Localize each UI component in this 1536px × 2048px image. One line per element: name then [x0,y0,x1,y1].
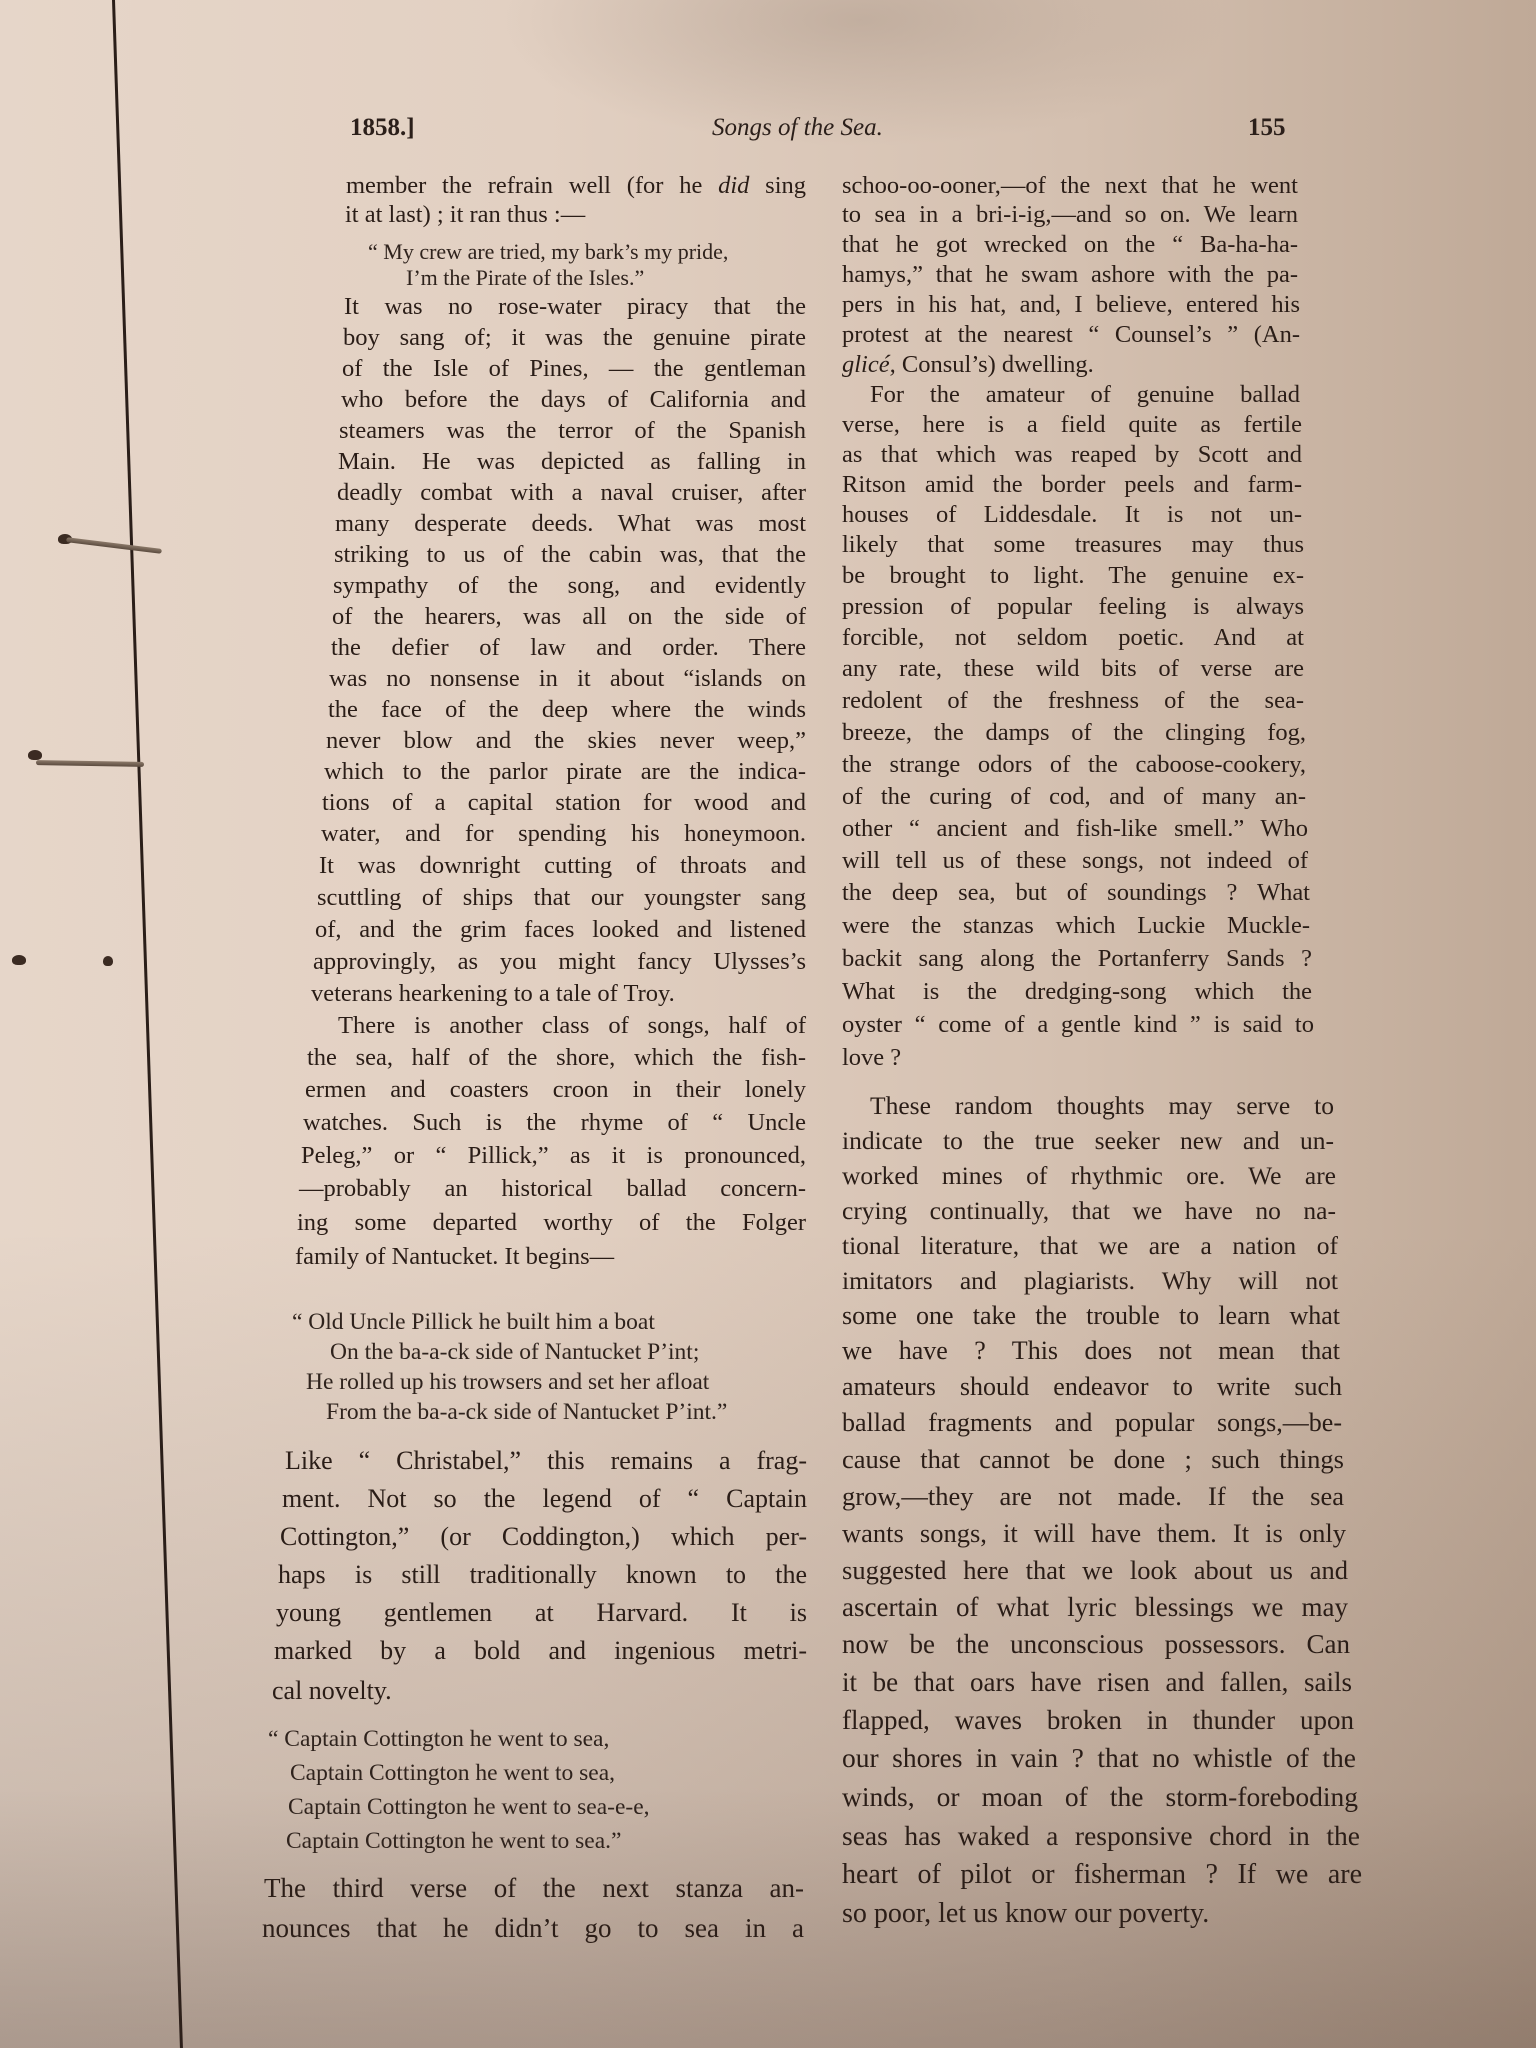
text-line: the face of the deep where the winds [328,695,806,725]
text-line: It was no rose-water piracy that the [344,292,806,322]
page-number: 155 [1248,114,1286,142]
text-line: who before the days of California and [341,385,806,415]
text-line: backit sang along the Portanferry Sands … [842,944,1312,974]
verse-line: “ My crew are tried, my bark’s my pride, [368,238,728,266]
text-line: other “ ancient and fish-like smell.” Wh… [842,814,1308,844]
text-line: indicate to the true seeker new and un- [842,1126,1334,1156]
text-line: tional literature, that we are a nation … [842,1231,1338,1261]
verse-line: He rolled up his trowsers and set her af… [306,1368,709,1396]
running-head-title: Songs of the Sea. [712,114,883,142]
text-line: veterans hearkening to a tale of Troy. [311,979,806,1009]
text-line: schoo-oo-ooner,—of the next that he went [842,171,1298,201]
text-line: breeze, the damps of the clinging fog, [842,718,1306,748]
text-line: now be the unconscious possessors. Can [842,1629,1350,1659]
text-line: wants songs, it will have them. It is on… [842,1518,1346,1548]
text-line: grow,—they are not made. If the sea [842,1481,1344,1511]
text-line: Peleg,” or “ Pillick,” as it is pronounc… [301,1141,806,1171]
verse-line: From the ba-a-ck side of Nantucket P’int… [326,1398,727,1426]
text-line: Cottington,” (or Coddington,) which per- [280,1522,807,1552]
text-line: cal novelty. [272,1676,807,1706]
text-line: winds, or moan of the storm-foreboding [842,1782,1358,1812]
text-line: love ? [842,1043,1314,1073]
emphasis-anglice: glicé, [842,351,896,378]
text-line: redolent of the freshness of the sea- [842,686,1304,716]
text-line: be brought to light. The genuine ex- [842,561,1304,591]
text-line: crying continually, that we have no na- [842,1196,1336,1226]
verse-line: Captain Cottington he went to sea-e-e, [288,1793,650,1821]
text-line: the strange odors of the caboose-cookery… [842,750,1306,780]
text-line: many desperate deeds. What was most [335,509,806,539]
text-line: we have ? This does not mean that [842,1336,1340,1366]
text-line: marked by a bold and ingenious metri- [274,1636,807,1666]
text-line: to sea in a bri-i-ig,—and so on. We lear… [842,200,1298,230]
text-line: verse, here is a field quite as fertile [842,410,1302,440]
text-line: ing some departed worthy of the Folger [297,1208,806,1238]
text-line: nounces that he didn’t go to sea in a [262,1913,804,1943]
text-line: ermen and coasters croon in their lonely [305,1075,806,1105]
text-line: For the amateur of genuine ballad [870,380,1300,410]
text-line: scuttling of ships that our youngster sa… [317,883,806,913]
text-line: the sea, half of the shore, which the fi… [307,1043,806,1073]
text-line: ment. Not so the legend of “ Captain [282,1484,807,1514]
text-line: water, and for spending his honeymoon. [321,819,806,849]
verse-line: I’m the Pirate of the Isles.” [406,264,644,292]
emphasis-did: did [718,172,749,199]
binding-hole-icon [28,750,42,760]
text-line: amateurs should endeavor to write such [842,1372,1342,1402]
text-line: our shores in vain ? that no whistle of … [842,1743,1356,1773]
text-line: boy sang of; it was the genuine pirate [343,323,806,353]
text-line: haps is still traditionally known to the [278,1560,807,1590]
text-line: will tell us of these songs, not indeed … [842,846,1308,876]
text-line: protest at the nearest “ Counsel’s ” (An… [842,320,1300,350]
text-line: member the refrain well (for he did sing [346,171,806,201]
text-line: was no nonsense in it about “islands on [329,664,806,694]
text-line: pers in his hat, and, I believe, entered… [842,290,1300,320]
verse-line: On the ba-a-ck side of Nantucket P’int; [330,1338,699,1366]
text-line: flapped, waves broken in thunder upon [842,1705,1354,1735]
binding-hole-icon [103,956,113,966]
text-line: it at last) ; it ran thus :— [345,200,805,230]
text-line: Like “ Christabel,” this remains a frag- [285,1446,807,1476]
text-line: were the stanzas which Luckie Muckle- [842,911,1310,941]
verse-line: Captain Cottington he went to sea, [290,1759,615,1787]
text-line: heart of pilot or fisherman ? If we are [842,1860,1362,1890]
text-line: It was downright cutting of throats and [319,851,806,881]
text-line: There is another class of songs, half of [338,1011,806,1041]
text-line: any rate, these wild bits of verse are [842,654,1304,684]
text-line: that he got wrecked on the “ Ba-ha-ha- [842,230,1298,260]
text-line: so poor, let us know our poverty. [842,1899,1362,1929]
text-line: glicé, Consul’s) dwelling. [842,350,1300,380]
text-line: never blow and the skies never weep,” [326,726,806,756]
verse-line: “ Captain Cottington he went to sea, [268,1725,609,1753]
text-line: houses of Liddesdale. It is not un- [842,500,1302,530]
text-line: imitators and plagiarists. Why will not [842,1266,1338,1296]
text-line: tions of a capital station for wood and [322,788,806,818]
text-line: the deep sea, but of soundings ? What [842,878,1310,908]
text-line: suggested here that we look about us and [842,1555,1348,1585]
text-line: it be that oars have risen and fallen, s… [842,1667,1352,1697]
text-line: ascertain of what lyric blessings we may [842,1592,1348,1622]
text-line: steamers was the terror of the Spanish [339,416,806,446]
text-line: the defier of law and order. There [331,633,806,663]
text-line: young gentlemen at Harvard. It is [276,1598,807,1628]
text-line: likely that some treasures may thus [842,530,1304,560]
text-line: Main. He was depicted as falling in [338,447,806,477]
text-line: What is the dredging-song which the [842,977,1312,1007]
text-line: The third verse of the next stanza an- [264,1873,804,1903]
text-line: approvingly, as you might fancy Ulysses’… [313,947,806,977]
text-line: Ritson amid the border peels and farm- [842,470,1302,500]
text-line: of the hearers, was all on the side of [332,602,806,632]
text-line: striking to us of the cabin was, that th… [334,540,806,570]
text-line: hamys,” that he swam ashore with the pa- [842,260,1298,290]
text-line: worked mines of rhythmic ore. We are [842,1161,1336,1191]
text-line: as that which was reaped by Scott and [842,440,1302,470]
text-line: sympathy of the song, and evidently [333,571,806,601]
text-line: of, and the grim faces looked and listen… [315,915,806,945]
text-line: ballad fragments and popular songs,—be- [842,1408,1342,1438]
text-line: oyster “ come of a gentle kind ” is said… [842,1010,1314,1040]
verse-line: Captain Cottington he went to sea.” [286,1827,621,1855]
text-line: watches. Such is the rhyme of “ Uncle [303,1108,806,1138]
text-line: which to the parlor pirate are the indic… [324,757,806,787]
text-line: —probably an historical ballad concern- [299,1174,806,1204]
text-span: protest at the nearest “ Counsel’s ” (An… [842,321,1300,348]
text-line: These random thoughts may serve to [870,1091,1334,1121]
verse-line: “ Old Uncle Pillick he built him a boat [292,1308,655,1336]
text-line: forcible, not seldom poetic. And at [842,623,1304,653]
text-line: of the curing of cod, and of many an- [842,782,1306,812]
text-line: of the Isle of Pines, — the gentleman [342,354,806,384]
text-line: cause that cannot be done ; such things [842,1444,1344,1474]
text-line: some one take the trouble to learn what [842,1301,1340,1331]
text-line: deadly combat with a naval cruiser, afte… [337,478,806,508]
text-line: family of Nantucket. It begins— [295,1242,806,1272]
text-line: pression of popular feeling is always [842,592,1304,622]
binding-hole-icon [12,955,26,965]
running-head-year: 1858.] [350,114,415,142]
text-line: seas has waked a responsive chord in the [842,1821,1360,1851]
